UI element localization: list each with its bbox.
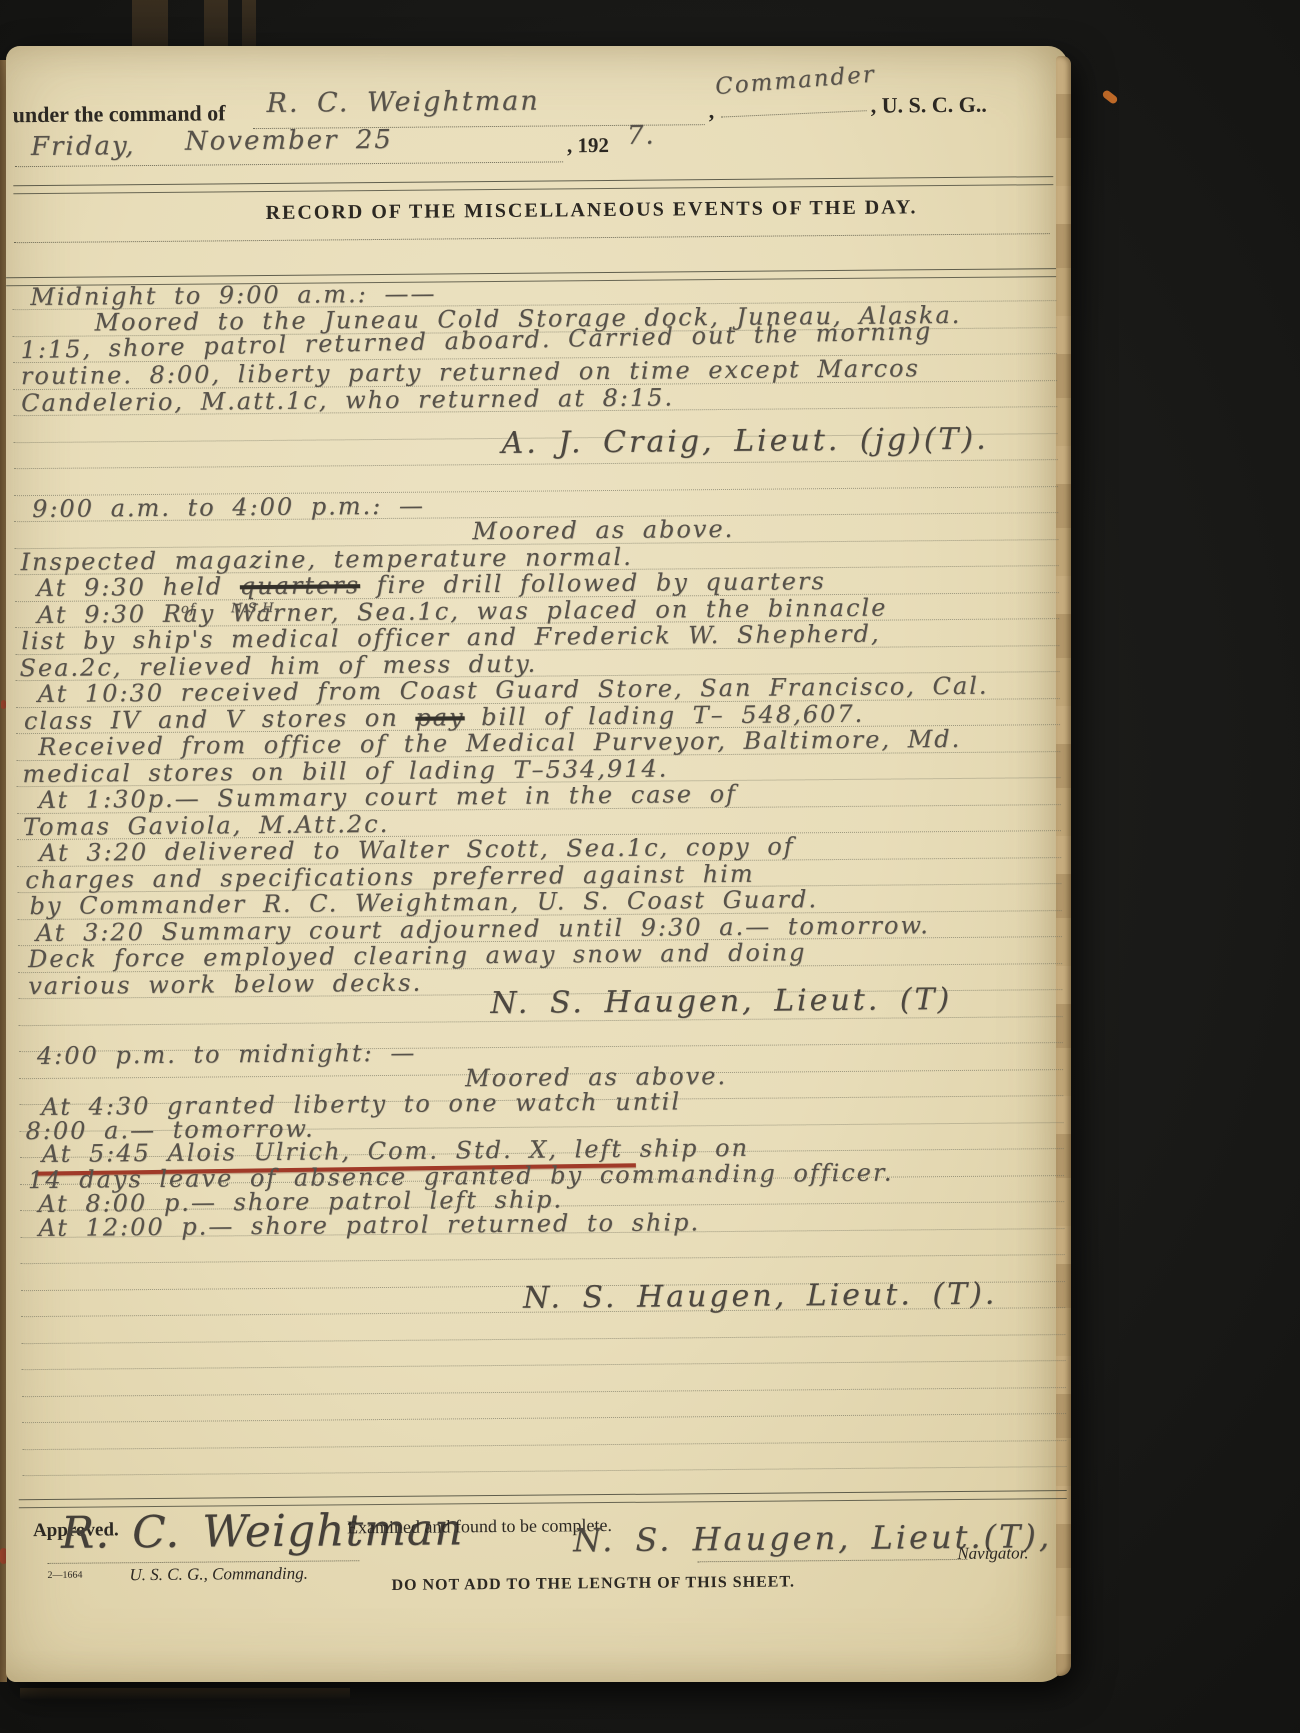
date-handwritten: November 25 bbox=[185, 125, 393, 157]
struck-word: quarters bbox=[240, 571, 360, 600]
header-comma: , bbox=[709, 98, 715, 124]
log-line: Candelerio, M.att.1c, who returned at 8:… bbox=[21, 383, 674, 419]
ruled-line bbox=[22, 1440, 1066, 1450]
title-underline bbox=[14, 233, 1050, 243]
watch3-signature: N. S. Haugen, Lieut. (T). bbox=[523, 1277, 998, 1311]
command-prefix-label: under the command of bbox=[13, 100, 226, 128]
watch3-heading: 4:00 p.m. to midnight: — bbox=[37, 1039, 417, 1072]
watch2-signature: N. S. Haugen, Lieut. (T) bbox=[490, 982, 952, 1016]
footer-double-rule bbox=[19, 1490, 1067, 1508]
ruled-line bbox=[21, 1254, 1065, 1264]
scanned-logbook-photo: under the command of R. C. Weightman , C… bbox=[0, 0, 1300, 1733]
log-line: various work below decks. bbox=[28, 969, 422, 1002]
commanding-label: U. S. C. G., Commanding. bbox=[129, 1564, 308, 1586]
log-line-segment: At 9:30 held bbox=[37, 572, 240, 602]
navigator-signature-line bbox=[697, 1559, 967, 1562]
ruled-line bbox=[22, 1387, 1066, 1397]
watch2-heading: 9:00 a.m. to 4:00 p.m.: — bbox=[32, 492, 425, 525]
day-of-week-handwritten: Friday, bbox=[31, 131, 136, 162]
ruled-line bbox=[23, 1466, 1067, 1476]
log-page: under the command of R. C. Weightman , C… bbox=[6, 46, 1068, 1682]
page-title: RECORD OF THE MISCELLANEOUS EVENTS OF TH… bbox=[115, 195, 1067, 226]
ruled-line bbox=[22, 1360, 1066, 1370]
rank-handwritten: Commander bbox=[714, 62, 877, 105]
year-digit-handwritten: 7. bbox=[627, 121, 656, 151]
page-content: under the command of R. C. Weightman , C… bbox=[4, 37, 1080, 1682]
struck-word: pay bbox=[415, 703, 464, 731]
ruled-line bbox=[22, 1413, 1066, 1423]
form-number: 2—1664 bbox=[47, 1570, 82, 1581]
ruled-line bbox=[21, 1334, 1065, 1344]
date-line bbox=[15, 161, 563, 167]
length-warning-label: DO NOT ADD TO THE LENGTH OF THIS SHEET. bbox=[391, 1573, 795, 1595]
watch1-signature: A. J. Craig, Lieut. (jg)(T). bbox=[501, 422, 988, 456]
header-double-rule bbox=[13, 176, 1053, 194]
orange-marker bbox=[1101, 89, 1119, 105]
log-line: At 12:00 p.— shore patrol returned to sh… bbox=[38, 1208, 700, 1244]
navigator-label: Navigator. bbox=[957, 1543, 1028, 1564]
year-printed-label: , 192 bbox=[567, 133, 609, 158]
rank-line bbox=[721, 110, 867, 117]
commander-name-handwritten: R. C. Weightman bbox=[266, 86, 539, 118]
book-bottom-edge bbox=[20, 1688, 350, 1700]
uscg-suffix-label: , U. S. C. G.. bbox=[871, 92, 987, 119]
